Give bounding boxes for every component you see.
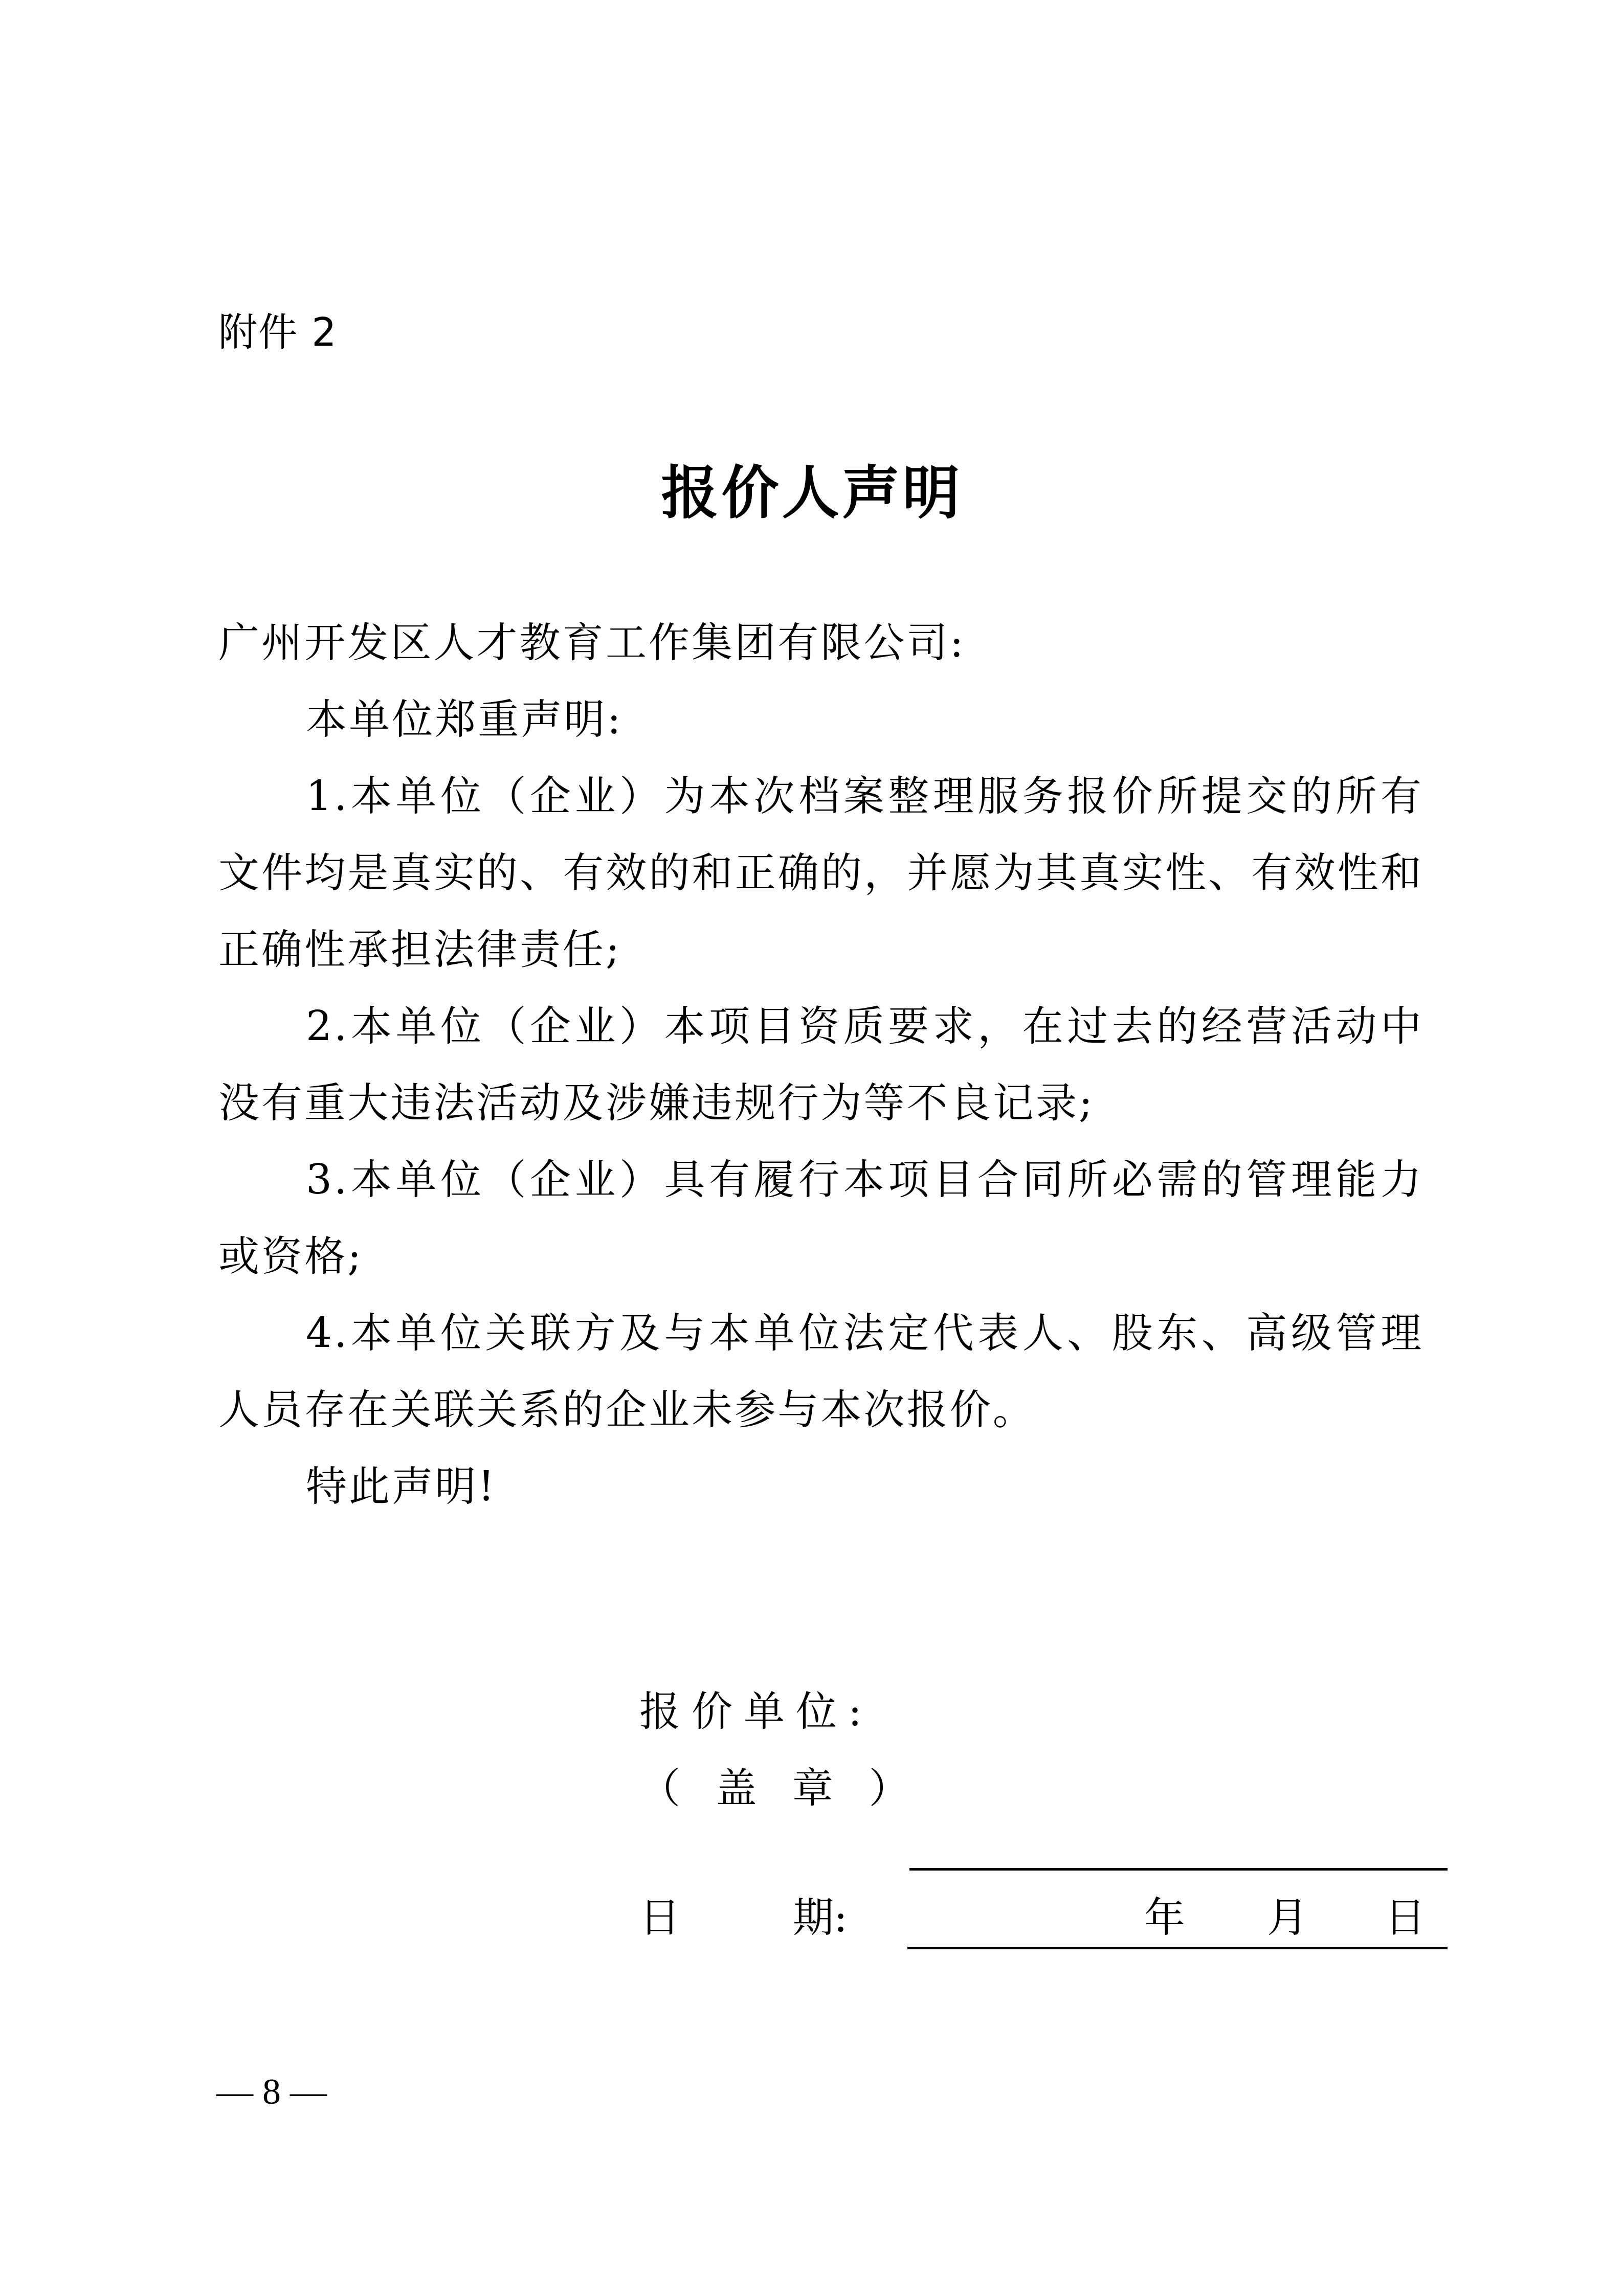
year-label: 年 (1144, 1887, 1185, 1948)
attachment-label: 附件 2 (218, 307, 338, 358)
clause-3: 3.本单位（企业）具有履行本项目合同所必需的管理能力或资格; (218, 1141, 1423, 1295)
date-label-part-1: 日 (639, 1894, 680, 1941)
seal-label: （ 盖 章 ） (639, 1750, 921, 1827)
date-label-part-2: 期: (793, 1894, 848, 1941)
signature-block: 报价单位: （ 盖 章 ） (639, 1673, 921, 1827)
declaration-body: 广州开发区人才教育工作集团有限公司: 本单位郑重声明: 1.本单位（企业）为本次… (218, 604, 1423, 1525)
day-label: 日 (1385, 1887, 1426, 1948)
document-page: 附件 2 报价人声明 广州开发区人才教育工作集团有限公司: 本单位郑重声明: 1… (0, 0, 1624, 2296)
closing-statement: 特此声明! (218, 1448, 1423, 1525)
addressee: 广州开发区人才教育工作集团有限公司: (218, 604, 1423, 681)
signature-underline (909, 1868, 1448, 1871)
month-label: 月 (1267, 1887, 1308, 1948)
document-title: 报价人声明 (0, 460, 1624, 527)
intro-statement: 本单位郑重声明: (218, 681, 1423, 758)
clause-2: 2.本单位（企业）本项目资质要求，在过去的经营活动中没有重大违法活动及涉嫌违规行… (218, 988, 1423, 1141)
date-underline (907, 1947, 1448, 1949)
date-field: 年 月 日 (909, 1887, 1447, 1948)
date-label: 日期: (639, 1887, 848, 1948)
clause-1: 1.本单位（企业）为本次档案整理服务报价所提交的所有文件均是真实的、有效的和正确… (218, 758, 1423, 988)
bidder-label: 报价单位: (639, 1673, 921, 1750)
page-number: — 8 — (216, 2071, 327, 2112)
clause-4: 4.本单位关联方及与本单位法定代表人、股东、高级管理人员存在关联关系的企业未参与… (218, 1295, 1423, 1448)
